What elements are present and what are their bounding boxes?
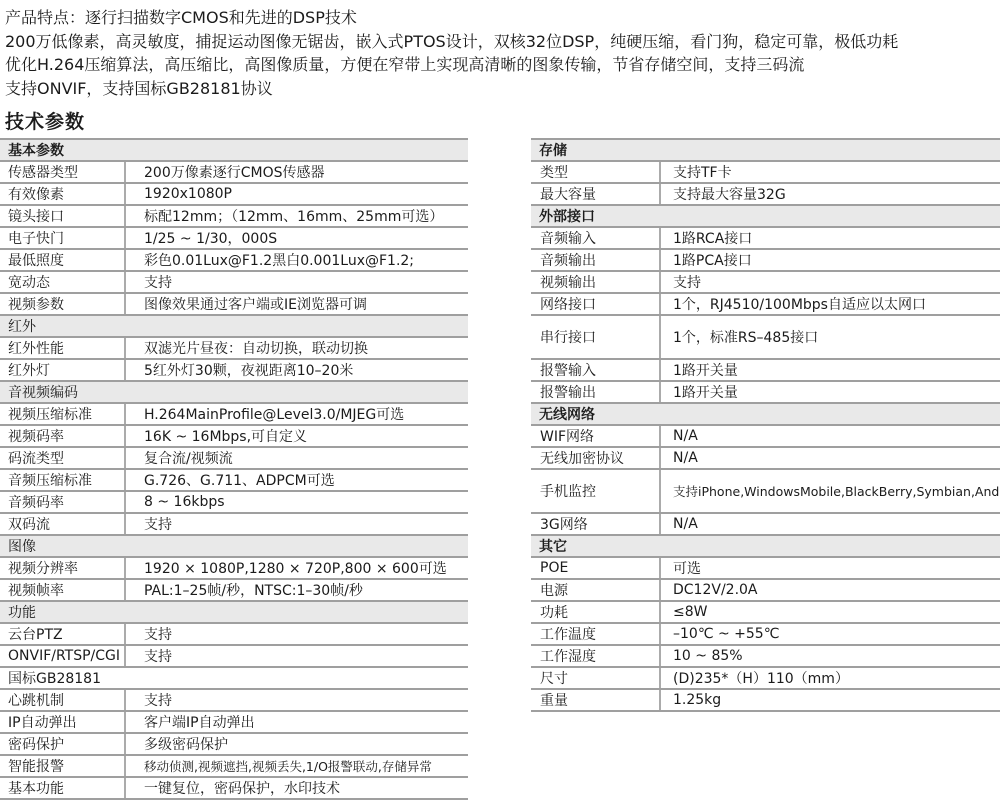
spec-value-cell: 支持 xyxy=(126,514,468,534)
spec-value-text: DC12V/2.0A xyxy=(673,582,758,598)
spec-value-cell: 1路PCA接口 xyxy=(661,250,1000,270)
spec-value-cell: 支持 xyxy=(126,272,468,292)
spec-value-cell: 16K ~ 16Mbps,可自定义 xyxy=(126,426,468,446)
spec-value-cell: N/A xyxy=(661,514,1000,534)
spec-row: 音频码率8 ~ 16kbps xyxy=(0,490,468,512)
spec-label-text: 视频输出 xyxy=(540,272,596,292)
spec-label-text: 视频压缩标准 xyxy=(8,404,92,424)
page-title: 技术参数 xyxy=(5,107,85,134)
spec-value-cell: 1个，标准RS–485接口 xyxy=(661,316,1000,358)
spec-label-text: 尺寸 xyxy=(540,668,568,688)
spec-label-cell: 无线加密协议 xyxy=(531,448,661,468)
spec-row: 镜头接口标配12mm；（12mm、16mm、25mm可选） xyxy=(0,204,468,226)
spec-value-text: 支持 xyxy=(144,272,172,292)
spec-value-cell: 5红外灯30颗，夜视距离10–20米 xyxy=(126,360,468,380)
spec-value-text: N/A xyxy=(673,428,698,444)
spec-row: 音频输入1路RCA接口 xyxy=(531,226,1000,248)
spec-row: 双码流支持 xyxy=(0,512,468,534)
spec-row: 视频参数图像效果通过客户端或IE浏览器可调 xyxy=(0,292,468,314)
spec-label-cell: WIF网络 xyxy=(531,426,661,446)
spec-value-text: 标配12mm；（12mm、16mm、25mm可选） xyxy=(144,206,443,226)
spec-label-text: 3G网络 xyxy=(540,514,588,534)
spec-label-text: 手机监控 xyxy=(540,481,596,501)
spec-table-right: 存储类型支持TF卡最大容量支持最大容量32G外部接口音频输入1路RCA接口音频输… xyxy=(531,138,1000,712)
spec-row: 码流类型复合流/视频流 xyxy=(0,446,468,468)
spec-label-cell: 视频输出 xyxy=(531,272,661,292)
section-header-label: 音视频编码 xyxy=(8,382,78,402)
spec-value-text: 16K ~ 16Mbps,可自定义 xyxy=(144,426,307,446)
spec-label-text: POE xyxy=(540,560,568,576)
spec-row: IP自动弹出客户端IP自动弹出 xyxy=(0,710,468,732)
spec-label-cell: 有效像素 xyxy=(0,184,126,204)
spec-value-cell: 一键复位，密码保护，水印技术 xyxy=(126,778,468,798)
features-line-1: 产品特点：逐行扫描数字CMOS和先进的DSP技术 xyxy=(5,6,898,30)
spec-label-cell: 类型 xyxy=(531,162,661,182)
spec-value-text: H.264MainProfile@Level3.0/MJEG可选 xyxy=(144,404,404,424)
section-header-label: 红外 xyxy=(8,316,36,336)
spec-sheet-page: 产品特点：逐行扫描数字CMOS和先进的DSP技术 200万低像素，高灵敏度，捕捉… xyxy=(0,0,1000,803)
spec-value-cell: 1920 × 1080P,1280 × 720P,800 × 600可选 xyxy=(126,558,468,578)
spec-label-cell: 音频码率 xyxy=(0,492,126,512)
spec-value-text: 复合流/视频流 xyxy=(144,448,233,468)
spec-label-text: 工作温度 xyxy=(540,624,596,644)
spec-value-text: 1.25kg xyxy=(673,692,721,708)
spec-label-text: 红外性能 xyxy=(8,338,64,358)
spec-value-cell: 8 ~ 16kbps xyxy=(126,492,468,512)
spec-value-text: 1920x1080P xyxy=(144,186,232,202)
spec-label-text: 音频输出 xyxy=(540,250,596,270)
spec-value-cell: 1路开关量 xyxy=(661,382,1000,402)
spec-label-text: 报警输出 xyxy=(540,382,596,402)
section-header-label: 基本参数 xyxy=(8,140,64,160)
spec-row: 类型支持TF卡 xyxy=(531,160,1000,182)
section-header-row: 红外 xyxy=(0,314,468,336)
spec-value-text: 移动侦测,视频遮挡,视频丢失,1/O报警联动,存储异常 xyxy=(144,757,432,775)
spec-value-text: 1920 × 1080P,1280 × 720P,800 × 600可选 xyxy=(144,558,447,578)
spec-value-text: 1路PCA接口 xyxy=(673,250,752,270)
spec-label-cell: 手机监控 xyxy=(531,470,661,512)
section-header-row: 图像 xyxy=(0,534,468,556)
section-header-label: 其它 xyxy=(539,536,567,556)
spec-label-text: 视频参数 xyxy=(8,294,64,314)
spec-label-cell: 报警输出 xyxy=(531,382,661,402)
spec-label-cell: 心跳机制 xyxy=(0,690,126,710)
spec-row: 云台PTZ支持 xyxy=(0,622,468,644)
spec-value-cell: N/A xyxy=(661,426,1000,446)
spec-value-cell: H.264MainProfile@Level3.0/MJEG可选 xyxy=(126,404,468,424)
section-header-row: 基本参数 xyxy=(0,138,468,160)
spec-label-cell: 视频码率 xyxy=(0,426,126,446)
spec-value-text: 支持 xyxy=(144,624,172,644)
spec-label-cell: 码流类型 xyxy=(0,448,126,468)
spec-row: 串行接口1个，标准RS–485接口 xyxy=(531,314,1000,358)
spec-label-text: 音频压缩标准 xyxy=(8,470,92,490)
spec-label-cell: 3G网络 xyxy=(531,514,661,534)
spec-label-cell: 音频压缩标准 xyxy=(0,470,126,490)
spec-value-text: 10 ~ 85% xyxy=(673,648,743,664)
spec-label-text: 云台PTZ xyxy=(8,624,63,644)
spec-row: 手机监控支持iPhone,WindowsMobile,BlackBerry,Sy… xyxy=(531,468,1000,512)
spec-row: 最大容量支持最大容量32G xyxy=(531,182,1000,204)
spec-row: ONVIF/RTSP/CGI支持 xyxy=(0,644,468,666)
spec-label-text: 码流类型 xyxy=(8,448,64,468)
spec-value-text: –10℃ ~ +55℃ xyxy=(673,626,779,642)
spec-label-text: 工作湿度 xyxy=(540,646,596,666)
spec-value-cell: ≤8W xyxy=(661,602,1000,622)
spec-value-text: 1路RCA接口 xyxy=(673,228,752,248)
spec-label-text: 无线加密协议 xyxy=(540,448,624,468)
spec-value-cell: 1920x1080P xyxy=(126,184,468,204)
spec-value-cell: G.726、G.711、ADPCM可选 xyxy=(126,470,468,490)
spec-value-text: 8 ~ 16kbps xyxy=(144,494,225,510)
spec-value-cell: 1个，RJ4510/100Mbps自适应以太网口 xyxy=(661,294,1000,314)
spec-label-text: 传感器类型 xyxy=(8,162,78,182)
spec-value-cell: 支持 xyxy=(661,272,1000,292)
spec-value-cell: (D)235*（H）110（mm） xyxy=(661,668,1000,688)
spec-label-text: ONVIF/RTSP/CGI xyxy=(8,648,120,664)
spec-label-text: 密码保护 xyxy=(8,734,64,754)
spec-row: WIF网络N/A xyxy=(531,424,1000,446)
spec-label-cell: 宽动态 xyxy=(0,272,126,292)
spec-value-text: 支持 xyxy=(144,514,172,534)
spec-value-text: 多级密码保护 xyxy=(144,734,228,754)
spec-row: 视频帧率PAL:1–25帧/秒，NTSC:1–30帧/秒 xyxy=(0,578,468,600)
spec-label-text: IP自动弹出 xyxy=(8,712,77,732)
spec-row: 红外灯5红外灯30颗，夜视距离10–20米 xyxy=(0,358,468,380)
spec-label-cell: 工作温度 xyxy=(531,624,661,644)
spec-label-text: 心跳机制 xyxy=(8,690,64,710)
spec-value-cell: DC12V/2.0A xyxy=(661,580,1000,600)
spec-label-text: 镜头接口 xyxy=(8,206,64,226)
section-header-row: 无线网络 xyxy=(531,402,1000,424)
spec-value-cell: 1/25 ~ 1/30，000S xyxy=(126,228,468,248)
spec-label-cell: 国标GB28181 xyxy=(0,668,126,688)
section-header-row: 功能 xyxy=(0,600,468,622)
spec-label-text: 网络接口 xyxy=(540,294,596,314)
spec-label-text: 有效像素 xyxy=(8,184,64,204)
spec-value-cell: 支持iPhone,WindowsMobile,BlackBerry,Symbia… xyxy=(661,470,1000,512)
spec-label-cell: 镜头接口 xyxy=(0,206,126,226)
spec-label-cell: 尺寸 xyxy=(531,668,661,688)
spec-value-cell: 200万像素逐行CMOS传感器 xyxy=(126,162,468,182)
spec-label-cell: 云台PTZ xyxy=(0,624,126,644)
spec-value-text: 5红外灯30颗，夜视距离10–20米 xyxy=(144,360,353,380)
spec-row: 工作温度–10℃ ~ +55℃ xyxy=(531,622,1000,644)
spec-label-cell: ONVIF/RTSP/CGI xyxy=(0,646,126,666)
section-header-row: 其它 xyxy=(531,534,1000,556)
spec-value-text: 支持 xyxy=(673,272,701,292)
spec-label-cell: 电源 xyxy=(531,580,661,600)
spec-label-cell: 网络接口 xyxy=(531,294,661,314)
section-header-row: 存储 xyxy=(531,138,1000,160)
features-line-2: 200万低像素，高灵敏度，捕捉运动图像无锯齿，嵌入式PTOS设计，双核32位DS… xyxy=(5,30,898,54)
spec-label-cell: 智能报警 xyxy=(0,756,126,776)
spec-row: 重量1.25kg xyxy=(531,688,1000,710)
spec-row: 视频压缩标准H.264MainProfile@Level3.0/MJEG可选 xyxy=(0,402,468,424)
spec-label-cell: 音频输入 xyxy=(531,228,661,248)
spec-value-cell: 10 ~ 85% xyxy=(661,646,1000,666)
spec-label-cell: POE xyxy=(531,558,661,578)
spec-label-text: 最低照度 xyxy=(8,250,64,270)
spec-value-text: N/A xyxy=(673,450,698,466)
spec-row: 视频分辨率1920 × 1080P,1280 × 720P,800 × 600可… xyxy=(0,556,468,578)
spec-label-text: 宽动态 xyxy=(8,272,50,292)
spec-label-cell: 基本功能 xyxy=(0,778,126,798)
section-header-row: 音视频编码 xyxy=(0,380,468,402)
spec-row: 最低照度彩色0.01Lux@F1.2黑白0.001Lux@F1.2; xyxy=(0,248,468,270)
spec-label-text: 类型 xyxy=(540,162,568,182)
spec-value-cell: 支持 xyxy=(126,690,468,710)
spec-row: 传感器类型200万像素逐行CMOS传感器 xyxy=(0,160,468,182)
spec-row: 报警输出1路开关量 xyxy=(531,380,1000,402)
spec-value-cell: 客户端IP自动弹出 xyxy=(126,712,468,732)
spec-value-cell: 移动侦测,视频遮挡,视频丢失,1/O报警联动,存储异常 xyxy=(126,756,468,776)
spec-label-text: WIF网络 xyxy=(540,426,594,446)
spec-label-text: 电源 xyxy=(540,580,568,600)
spec-row: 视频码率16K ~ 16Mbps,可自定义 xyxy=(0,424,468,446)
spec-value-text: 200万像素逐行CMOS传感器 xyxy=(144,162,324,182)
spec-value-text: G.726、G.711、ADPCM可选 xyxy=(144,470,335,490)
spec-row: 音频压缩标准G.726、G.711、ADPCM可选 xyxy=(0,468,468,490)
section-header-label: 存储 xyxy=(539,140,567,160)
spec-label-text: 最大容量 xyxy=(540,184,596,204)
spec-row: 报警输入1路开关量 xyxy=(531,358,1000,380)
spec-label-cell: 报警输入 xyxy=(531,360,661,380)
spec-row: 电源DC12V/2.0A xyxy=(531,578,1000,600)
spec-label-text: 电子快门 xyxy=(8,228,64,248)
spec-label-cell: 红外性能 xyxy=(0,338,126,358)
spec-row: 国标GB28181 xyxy=(0,666,468,688)
spec-value-cell: 彩色0.01Lux@F1.2黑白0.001Lux@F1.2; xyxy=(126,250,468,270)
spec-value-text: 支持 xyxy=(144,690,172,710)
spec-value-cell: 图像效果通过客户端或IE浏览器可调 xyxy=(126,294,468,314)
spec-value-text: 1路开关量 xyxy=(673,382,738,402)
spec-label-cell: 音频输出 xyxy=(531,250,661,270)
spec-value-cell: 支持TF卡 xyxy=(661,162,1000,182)
spec-value-text: 支持iPhone,WindowsMobile,BlackBerry,Symbia… xyxy=(673,482,1000,500)
spec-label-cell: 功耗 xyxy=(531,602,661,622)
spec-value-cell: 1路开关量 xyxy=(661,360,1000,380)
spec-value-cell xyxy=(126,668,468,688)
spec-row: 有效像素1920x1080P xyxy=(0,182,468,204)
spec-label-text: 音频码率 xyxy=(8,492,64,512)
product-features-block: 产品特点：逐行扫描数字CMOS和先进的DSP技术 200万低像素，高灵敏度，捕捉… xyxy=(5,6,898,100)
spec-row: 智能报警移动侦测,视频遮挡,视频丢失,1/O报警联动,存储异常 xyxy=(0,754,468,776)
spec-row: 心跳机制支持 xyxy=(0,688,468,710)
spec-value-text: 可选 xyxy=(673,558,701,578)
spec-row: 3G网络N/A xyxy=(531,512,1000,534)
spec-row: 电子快门1/25 ~ 1/30，000S xyxy=(0,226,468,248)
spec-value-cell: 支持最大容量32G xyxy=(661,184,1000,204)
spec-label-text: 报警输入 xyxy=(540,360,596,380)
spec-label-text: 音频输入 xyxy=(540,228,596,248)
spec-value-text: 支持TF卡 xyxy=(673,162,732,182)
spec-value-text: 一键复位，密码保护，水印技术 xyxy=(144,778,340,798)
spec-value-cell: 1路RCA接口 xyxy=(661,228,1000,248)
spec-value-text: ≤8W xyxy=(673,604,707,620)
spec-value-cell: 标配12mm；（12mm、16mm、25mm可选） xyxy=(126,206,468,226)
spec-value-text: 彩色0.01Lux@F1.2黑白0.001Lux@F1.2; xyxy=(144,250,414,270)
spec-label-text: 视频帧率 xyxy=(8,580,64,600)
spec-value-text: 支持最大容量32G xyxy=(673,184,786,204)
section-header-label: 无线网络 xyxy=(539,404,595,424)
spec-value-text: N/A xyxy=(673,516,698,532)
spec-label-cell: 工作湿度 xyxy=(531,646,661,666)
spec-label-cell: 最低照度 xyxy=(0,250,126,270)
section-header-label: 功能 xyxy=(8,602,36,622)
spec-table-left: 基本参数传感器类型200万像素逐行CMOS传感器有效像素1920x1080P镜头… xyxy=(0,138,468,800)
spec-value-text: 1/25 ~ 1/30，000S xyxy=(144,228,277,248)
section-header-label: 外部接口 xyxy=(539,206,595,226)
spec-value-text: 支持 xyxy=(144,646,172,666)
spec-label-cell: 红外灯 xyxy=(0,360,126,380)
spec-label-text: 重量 xyxy=(540,690,568,710)
spec-value-text: 1个，RJ4510/100Mbps自适应以太网口 xyxy=(673,294,926,314)
spec-value-cell: 可选 xyxy=(661,558,1000,578)
spec-row: 功耗≤8W xyxy=(531,600,1000,622)
spec-label-text: 国标GB28181 xyxy=(8,668,101,688)
spec-value-cell: N/A xyxy=(661,448,1000,468)
spec-label-text: 双码流 xyxy=(8,514,50,534)
spec-value-cell: 支持 xyxy=(126,624,468,644)
section-header-row: 外部接口 xyxy=(531,204,1000,226)
spec-value-cell: –10℃ ~ +55℃ xyxy=(661,624,1000,644)
spec-value-cell: 支持 xyxy=(126,646,468,666)
spec-label-cell: IP自动弹出 xyxy=(0,712,126,732)
spec-row: 宽动态支持 xyxy=(0,270,468,292)
spec-row: 视频输出支持 xyxy=(531,270,1000,292)
spec-value-text: 客户端IP自动弹出 xyxy=(144,712,255,732)
spec-label-cell: 串行接口 xyxy=(531,316,661,358)
spec-label-cell: 密码保护 xyxy=(0,734,126,754)
spec-value-text: (D)235*（H）110（mm） xyxy=(673,668,849,688)
spec-value-cell: 复合流/视频流 xyxy=(126,448,468,468)
spec-value-text: 1路开关量 xyxy=(673,360,738,380)
spec-row: 工作湿度10 ~ 85% xyxy=(531,644,1000,666)
spec-row: 尺寸(D)235*（H）110（mm） xyxy=(531,666,1000,688)
spec-label-cell: 视频分辨率 xyxy=(0,558,126,578)
spec-row: POE可选 xyxy=(531,556,1000,578)
spec-label-cell: 传感器类型 xyxy=(0,162,126,182)
spec-value-cell: PAL:1–25帧/秒，NTSC:1–30帧/秒 xyxy=(126,580,468,600)
spec-value-cell: 双滤光片昼夜：自动切换，联动切换 xyxy=(126,338,468,358)
spec-label-cell: 视频帧率 xyxy=(0,580,126,600)
spec-label-cell: 双码流 xyxy=(0,514,126,534)
spec-label-text: 基本功能 xyxy=(8,778,64,798)
spec-value-cell: 1.25kg xyxy=(661,690,1000,710)
spec-row: 网络接口1个，RJ4510/100Mbps自适应以太网口 xyxy=(531,292,1000,314)
spec-label-text: 视频分辨率 xyxy=(8,558,78,578)
spec-row: 无线加密协议N/A xyxy=(531,446,1000,468)
spec-value-text: 1个，标准RS–485接口 xyxy=(673,327,818,347)
spec-row: 红外性能双滤光片昼夜：自动切换，联动切换 xyxy=(0,336,468,358)
spec-value-text: 图像效果通过客户端或IE浏览器可调 xyxy=(144,294,367,314)
spec-value-text: PAL:1–25帧/秒，NTSC:1–30帧/秒 xyxy=(144,580,363,600)
spec-label-cell: 最大容量 xyxy=(531,184,661,204)
spec-label-text: 智能报警 xyxy=(8,756,64,776)
spec-label-text: 红外灯 xyxy=(8,360,50,380)
spec-value-cell: 多级密码保护 xyxy=(126,734,468,754)
spec-label-text: 功耗 xyxy=(540,602,568,622)
spec-value-text: 双滤光片昼夜：自动切换，联动切换 xyxy=(144,338,368,358)
features-line-3: 优化H.264压缩算法，高压缩比，高图像质量，方便在窄带上实现高清晰的图象传输，… xyxy=(5,53,898,77)
spec-label-cell: 电子快门 xyxy=(0,228,126,248)
spec-label-cell: 视频参数 xyxy=(0,294,126,314)
spec-label-text: 串行接口 xyxy=(540,327,596,347)
section-header-label: 图像 xyxy=(8,536,36,556)
spec-row: 基本功能一键复位，密码保护，水印技术 xyxy=(0,776,468,798)
spec-row: 密码保护多级密码保护 xyxy=(0,732,468,754)
spec-label-text: 视频码率 xyxy=(8,426,64,446)
spec-label-cell: 视频压缩标准 xyxy=(0,404,126,424)
features-line-4: 支持ONVIF，支持国标GB28181协议 xyxy=(5,77,898,101)
spec-label-cell: 重量 xyxy=(531,690,661,710)
spec-row: 音频输出1路PCA接口 xyxy=(531,248,1000,270)
